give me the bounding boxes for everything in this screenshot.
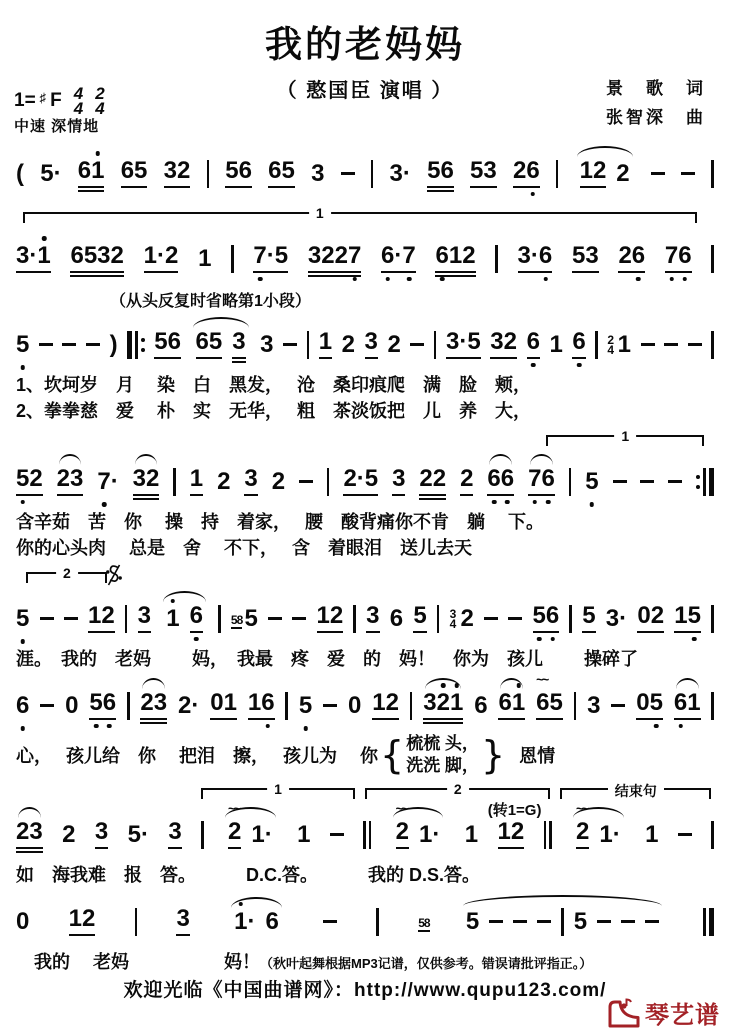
dash-continuation <box>86 343 100 347</box>
dash-continuation <box>664 343 678 347</box>
note-char: 2 <box>335 244 348 268</box>
note-char: 1 <box>166 607 179 631</box>
note-char: · <box>29 244 37 268</box>
note-token: 65 <box>121 159 148 188</box>
bracket-label: 结束句 <box>608 781 664 801</box>
barline-mark <box>410 692 413 720</box>
note-char: 1 <box>144 244 157 268</box>
note-token: 12 <box>498 820 525 849</box>
barline-mark <box>127 331 132 359</box>
note-token: 23 <box>57 467 84 496</box>
note-char: 6 <box>16 694 29 718</box>
note-char: 1 <box>91 159 104 183</box>
note-char: 6 <box>239 159 252 183</box>
note-char: 2 <box>462 244 475 268</box>
barline-mark <box>127 692 130 720</box>
barline <box>437 605 440 633</box>
note-char: · <box>265 823 273 847</box>
note-char: 2 <box>165 244 178 268</box>
note-char: 5 <box>89 691 102 715</box>
note-char: 3 <box>311 162 324 186</box>
barline <box>556 160 559 188</box>
barline <box>327 468 330 496</box>
time-signature: 58 <box>231 614 242 629</box>
note-token: 5 <box>466 910 479 934</box>
barline <box>135 908 138 936</box>
note-token: ( <box>16 162 24 186</box>
qinyipu-logo: 琴艺谱 <box>605 995 720 1030</box>
note-char: 2 <box>593 159 606 183</box>
note-char: 2 <box>396 820 409 844</box>
note-char: 3 <box>483 159 496 183</box>
notation-line: 01231·65855 <box>0 890 730 949</box>
note-char: 5 <box>245 607 258 631</box>
logo-text: 琴艺谱 <box>645 995 720 1030</box>
note-token: 61 <box>674 691 701 720</box>
system-3: 5)56653312323·5326162411、坎坷岁 月 染 白 黑发， 沧… <box>0 313 730 424</box>
note-char: 6 <box>572 330 585 354</box>
tremolo-mark: ~~ <box>396 802 407 815</box>
note-char: 1 <box>449 244 462 268</box>
tremolo-mark: ~~ <box>228 802 239 815</box>
note-char: 7 <box>348 244 361 268</box>
note-token: 05 <box>636 691 663 720</box>
bracket-row: 1 <box>16 426 714 450</box>
note-token: 6 <box>527 330 540 359</box>
note-char: 1 <box>190 467 203 491</box>
barline <box>376 908 379 936</box>
dash-continuation <box>268 617 282 621</box>
dash-continuation <box>537 920 551 924</box>
barline-mark <box>437 605 440 633</box>
note-token: 12 <box>88 604 115 633</box>
note-char: 6 <box>261 691 274 715</box>
note-char: 2 <box>178 694 191 718</box>
system-8: 01231·65855 我的 老妈 妈！（秋叶起舞根据MP3记谱，仅供参考。错误… <box>0 890 730 976</box>
note-char: 3 <box>244 467 257 491</box>
note-char: · <box>432 823 440 847</box>
credits: 景 歌 词 张智深 曲 <box>606 74 706 132</box>
note-token: 12 <box>69 907 96 936</box>
note-char: 2 <box>111 244 124 268</box>
dash-continuation <box>323 920 337 924</box>
segno-icon <box>105 563 123 592</box>
note-char: 3 <box>585 244 598 268</box>
barline-mark <box>703 468 706 496</box>
note-token: 1 <box>550 333 563 357</box>
barline-mark <box>711 245 714 273</box>
note-token: 1 <box>297 823 310 847</box>
note-char: 3 <box>164 159 177 183</box>
barline <box>371 160 374 188</box>
note-char: 3 <box>138 604 151 628</box>
note-char: 5 <box>40 162 53 186</box>
lyric-option-top: 梳梳 头， <box>406 733 479 755</box>
note-char: 6 <box>70 244 83 268</box>
note-token: 65 <box>268 159 295 188</box>
note-char: 1 <box>198 247 211 271</box>
note-token: 5 <box>16 333 29 357</box>
barline <box>711 605 714 633</box>
note-token: 3 <box>95 820 108 849</box>
note-char: · <box>357 467 365 491</box>
note-char: 5 <box>533 604 546 628</box>
note-token: 1 <box>198 247 211 271</box>
barline-mark <box>369 821 372 849</box>
note-char: 3 <box>366 604 379 628</box>
note-char: 5 <box>134 159 147 183</box>
barline-mark <box>353 605 356 633</box>
note-token: 3227 <box>308 244 361 273</box>
note-char: 1 <box>580 159 593 183</box>
lyric-remark: （秋叶起舞根据MP3记谱，仅供参考。错误请批评指正。） <box>260 956 592 971</box>
system-6: 6056232·0116501232166165~~30561心， 孩儿给 你 … <box>0 674 730 777</box>
note-char: 6 <box>541 467 554 491</box>
note-token: 01 <box>210 691 237 720</box>
dot <box>696 485 700 489</box>
note-token: 6 <box>190 604 203 633</box>
note-char: 2 <box>504 330 517 354</box>
note-group: 122 <box>575 159 635 188</box>
phrase-bracket: 1 <box>23 212 697 223</box>
notation-line: (5·616532566533·565326122 <box>0 142 730 201</box>
barline <box>363 821 371 849</box>
note-token: 12 <box>580 159 607 188</box>
note-char: · <box>111 470 119 494</box>
note-char: 3 <box>232 330 245 354</box>
note-char: 2 <box>140 691 153 715</box>
lyric-before: 心， 孩儿给 你 把泪 擦， 孩儿为 你 <box>16 742 378 768</box>
note-char: · <box>403 162 411 186</box>
note-char: 1 <box>317 604 330 628</box>
note-char: 7 <box>97 470 110 494</box>
note-char: 3 <box>392 467 405 491</box>
note-char: 1 <box>687 691 700 715</box>
note-char: 5 <box>688 604 701 628</box>
lyric-main: 我的 老妈 妈！ <box>16 952 260 972</box>
note-token: 3· <box>606 607 627 631</box>
note-char: 1 <box>465 823 478 847</box>
lyric-line-braced: 心， 孩儿给 你 把泪 擦， 孩儿为 你{梳梳 头，洗洗 脚，}恩情 <box>0 733 730 777</box>
modulation-note: (转1=G) <box>485 799 545 820</box>
note-char: 6 <box>474 694 487 718</box>
tempo-marking: 中速 深情地 <box>14 115 99 136</box>
repeat-dots <box>696 475 700 489</box>
dash-continuation <box>323 704 337 708</box>
note-char: 5 <box>16 467 29 491</box>
note-token: 3·6 <box>518 244 553 273</box>
note-char: · <box>619 607 627 631</box>
note-char: 3 <box>176 907 189 931</box>
barline <box>173 468 176 496</box>
note-token: 1 <box>190 467 203 496</box>
note-char: 1 <box>248 691 261 715</box>
barline <box>595 331 598 359</box>
note-char: 6 <box>190 604 203 628</box>
note-token: 3 <box>392 467 405 496</box>
left-brace: { <box>380 733 404 777</box>
note-token: 5· <box>40 162 61 186</box>
note-char: 5 <box>467 330 480 354</box>
note-group: 653 <box>191 330 251 359</box>
notation-line: 3·165321·217·532276·76123·6532676 <box>0 227 730 286</box>
barline-mark <box>544 821 547 849</box>
barline-mark <box>371 160 374 188</box>
note-token: 2 <box>461 607 474 631</box>
dash-continuation <box>484 617 498 621</box>
note-char: 2 <box>460 467 473 491</box>
barline <box>207 160 210 188</box>
barline <box>218 605 221 633</box>
dash-continuation <box>513 920 527 924</box>
note-token: 2 <box>342 333 355 357</box>
note-char: 6 <box>536 691 549 715</box>
dash-continuation <box>330 833 344 837</box>
note-char: 6 <box>526 159 539 183</box>
barline-mark <box>703 908 706 936</box>
note-token: 61 <box>78 159 105 188</box>
note-token: 02 <box>637 604 664 633</box>
bracket-label: 1 <box>267 781 289 797</box>
note-token: 2 <box>272 470 285 494</box>
note-char: 6 <box>390 607 403 631</box>
dot <box>141 348 145 352</box>
note-token: 5 <box>245 607 258 631</box>
dash-continuation <box>410 343 424 347</box>
dash-continuation <box>299 480 313 484</box>
barline <box>127 692 130 720</box>
barline-mark <box>556 160 559 188</box>
note-token: 1· <box>251 823 272 847</box>
note-token: 1· <box>234 910 255 934</box>
note-token: 3· <box>390 162 411 186</box>
meter-2-4: 24 <box>95 86 104 116</box>
note-token: 1 <box>465 823 478 847</box>
barline-mark <box>434 331 437 359</box>
note-char: 1 <box>297 823 310 847</box>
note-char: 2 <box>101 604 114 628</box>
note-token: 3 <box>365 330 378 359</box>
note-char: 5 <box>154 330 167 354</box>
note-char: 2 <box>576 820 589 844</box>
note-char: 6 <box>435 244 448 268</box>
note-char: 5 <box>16 607 29 631</box>
barline <box>495 245 498 273</box>
score: (5·616532566533·56532612213·165321·217·5… <box>0 140 730 976</box>
dash-continuation <box>39 343 53 347</box>
time-signature: 34 <box>450 609 457 629</box>
bracket-label: 2 <box>447 781 469 797</box>
repeat-instruction: （从头反复时省略第1小段） <box>0 286 730 311</box>
note-token: 7· <box>97 470 118 494</box>
barline-mark <box>135 908 138 936</box>
note-group: 2~~1· <box>571 820 626 849</box>
barline-mark <box>574 692 577 720</box>
note-token: 53 <box>470 159 497 188</box>
note-char: 2 <box>387 333 400 357</box>
note-token: 3 <box>587 694 600 718</box>
barline-mark <box>711 821 714 849</box>
barline-mark <box>709 908 714 936</box>
note-char: 3 <box>308 244 321 268</box>
note-char: 3 <box>29 820 42 844</box>
composer-credit: 张智深 曲 <box>606 103 706 132</box>
note-token: 1·2 <box>144 244 179 273</box>
note-token: 2~~ <box>576 820 589 849</box>
note-token: 1 <box>319 330 332 359</box>
note-char: 3 <box>423 691 436 715</box>
note-char: 5 <box>225 159 238 183</box>
note-char: 2 <box>386 691 399 715</box>
note-token: 3 <box>176 907 189 936</box>
note-token: 56 <box>225 159 252 188</box>
note-token: 5 <box>585 470 598 494</box>
barline <box>569 468 572 496</box>
note-char: 0 <box>636 691 649 715</box>
note-token: 2· <box>178 694 199 718</box>
barline-mark <box>285 692 288 720</box>
note-char: 5 <box>209 330 222 354</box>
note-char: 2 <box>177 159 190 183</box>
barline-mark <box>327 468 330 496</box>
piano-note-icon <box>605 997 643 1029</box>
note-char: 5 <box>572 244 585 268</box>
barline-mark <box>201 821 204 849</box>
note-token: 6 <box>474 694 487 718</box>
lyric-line: 如 海我难 报 答。 D.C.答。 我的 D.S.答。 <box>0 862 730 888</box>
note-char: · <box>191 694 199 718</box>
note-token: 23 <box>140 691 167 720</box>
note-token: 3 <box>260 333 273 357</box>
note-char: 5 <box>650 691 663 715</box>
note-token: 16 <box>248 691 275 720</box>
note-char: 1 <box>618 333 631 357</box>
note-char: 2 <box>228 820 241 844</box>
song-title: 我的老妈妈 <box>0 14 730 68</box>
note-char: 1 <box>37 244 50 268</box>
note-char: 8 <box>424 917 430 929</box>
note-char: 1 <box>88 604 101 628</box>
lyric-line: 1、坎坷岁 月 染 白 黑发， 沧 桑印痕爬 满 脸 颊， <box>0 372 730 398</box>
barline-mark <box>376 908 379 936</box>
note-group: 2~~1· <box>391 820 446 849</box>
note-token: 3 <box>311 162 324 186</box>
note-char: 2 <box>16 820 29 844</box>
note-token: 0 <box>65 694 78 718</box>
note-char: 6 <box>498 691 511 715</box>
note-char: 3 <box>490 330 503 354</box>
note-char: 6 <box>440 159 453 183</box>
note-char: 2 <box>330 604 343 628</box>
lyric-option-bottom: 洗洗 脚， <box>406 755 479 777</box>
note-char: 2 <box>342 333 355 357</box>
note-token: 612 <box>435 244 475 273</box>
dash-continuation <box>688 343 702 347</box>
note-char: 2 <box>272 470 285 494</box>
note-token: 3 <box>232 330 245 359</box>
barline-mark <box>569 605 572 633</box>
dash-continuation <box>292 617 306 621</box>
lyric-line: 我的 老妈 妈！（秋叶起舞根据MP3记谱，仅供参考。错误请批评指正。） <box>0 949 730 976</box>
note-token: 1· <box>419 823 440 847</box>
barline-mark <box>711 160 714 188</box>
note-token: 76 <box>665 244 692 273</box>
note-char: 1 <box>419 823 432 847</box>
phrase-bracket: 结束句 <box>560 788 711 799</box>
lyric-line: 2、拳拳慈 爱 朴 实 无华， 粗 茶淡饭把 儿 养 大， <box>0 398 730 424</box>
dash-continuation <box>613 480 627 484</box>
barline-mark <box>711 605 714 633</box>
barline <box>711 692 714 720</box>
note-char: 7 <box>253 244 266 268</box>
barline-mark <box>173 468 176 496</box>
phrase-bracket: 1 <box>201 788 355 799</box>
note-group: 55 <box>461 908 664 936</box>
barline-mark <box>363 821 366 849</box>
note-char: 3 <box>154 691 167 715</box>
note-char: 6 <box>674 691 687 715</box>
dash-continuation <box>668 480 682 484</box>
system-1: (5·616532566533·565326122 <box>0 142 730 201</box>
notation-line: 23235·32~~1·12~~1·1122~~1·1 <box>0 803 730 862</box>
phrase-bracket: 1 <box>546 435 704 446</box>
note-char: · <box>531 244 539 268</box>
note-char: · <box>613 823 621 847</box>
note-char: 2 <box>618 244 631 268</box>
note-token: 2 <box>217 470 230 494</box>
dash-continuation <box>40 704 54 708</box>
note-token: 6 <box>16 694 29 718</box>
note-char: 2 <box>321 244 334 268</box>
note-token: 3 <box>138 604 151 633</box>
lyric-line: 你的心头肉 总是 舍 不下， 含 着眼泪 送儿去天 <box>0 535 730 561</box>
note-char: 7 <box>402 244 415 268</box>
note-char: 2 <box>62 823 75 847</box>
note-char: 3 <box>260 333 273 357</box>
dash-continuation <box>621 920 635 924</box>
note-char: 6 <box>501 467 514 491</box>
note-token: 6532 <box>70 244 123 273</box>
notation-line: 512316585123653425653·0215 <box>0 587 730 646</box>
note-token: 32 <box>133 467 160 496</box>
note-token: 65 <box>196 330 223 359</box>
note-char: 5 <box>16 333 29 357</box>
barline-mark <box>709 468 714 496</box>
key-signature: 1=♯F 44 24 <box>14 86 105 116</box>
note-char: 2 <box>651 604 664 628</box>
note-char: 2 <box>29 467 42 491</box>
barline <box>569 605 572 633</box>
lyricist-credit: 景 歌 词 <box>606 74 706 103</box>
barline <box>711 331 714 359</box>
lyric-line: 涯。 我的 老妈 妈， 我最 疼 爱 的 妈！ 你为 孩儿 操碎了 <box>0 646 730 672</box>
note-char: 5 <box>275 244 288 268</box>
note-token: 56 <box>427 159 454 188</box>
note-char: 6 <box>121 159 134 183</box>
note-char: 2 <box>616 162 629 186</box>
note-token: 52 <box>16 467 43 496</box>
barline <box>127 331 145 359</box>
lyric-after: 恩情 <box>519 742 555 768</box>
note-char: 3 <box>446 330 459 354</box>
note-char: 1 <box>372 691 385 715</box>
note-char: 6 <box>103 691 116 715</box>
note-char: 2 <box>343 467 356 491</box>
note-token: 32 <box>164 159 191 188</box>
notation-line: 6056232·0116501232166165~~30561 <box>0 674 730 733</box>
barline-mark <box>549 821 552 849</box>
note-token: 3·1 <box>16 244 51 273</box>
